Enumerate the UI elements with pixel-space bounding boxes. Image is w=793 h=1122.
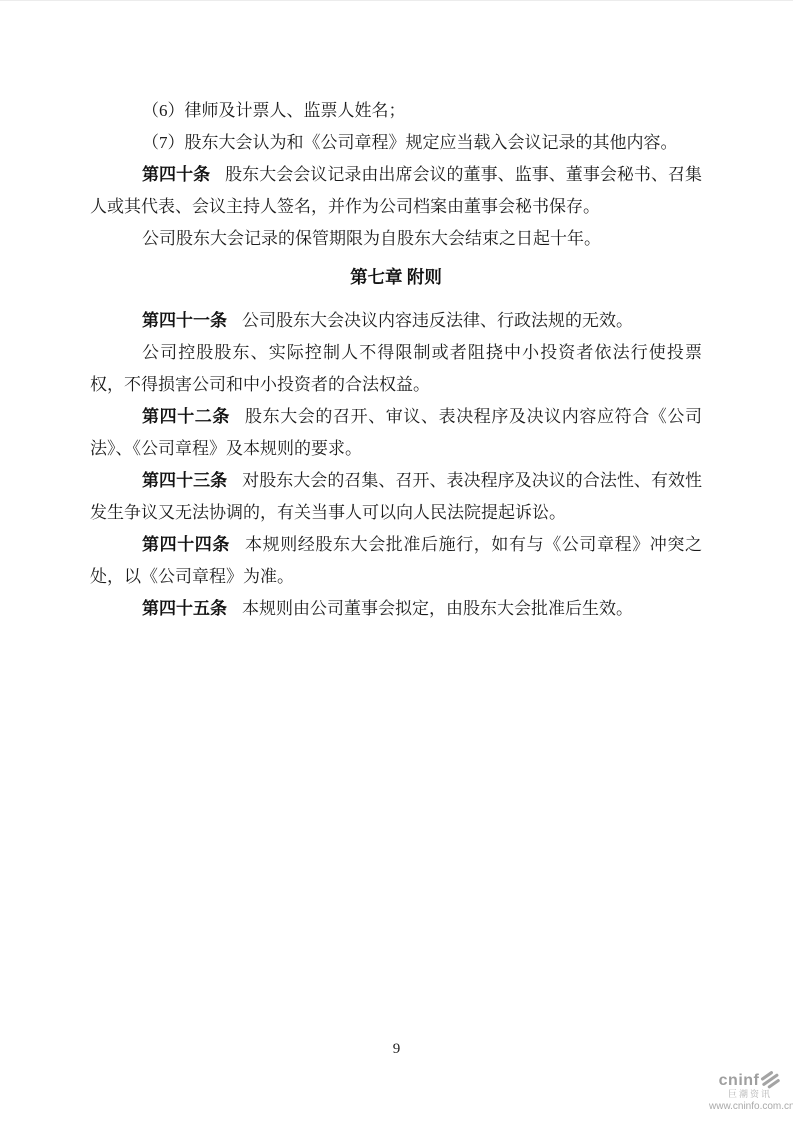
article-number-label: 第四十条 [142,165,210,184]
paragraph: 第四十三条对股东大会的召集、召开、表决程序及决议的合法性、有效性发生争议又无法协… [90,465,702,529]
article-number-label: 第四十二条 [142,407,230,426]
paragraph: 第四十一条公司股东大会决议内容违反法律、行政法规的无效。 [90,305,702,337]
paragraph: 第四十五条本规则由公司董事会拟定，由股东大会批准后生效。 [90,593,702,625]
page-number: 9 [0,1039,793,1059]
paragraph: （7）股东大会认为和《公司章程》规定应当载入会议记录的其他内容。 [90,127,702,159]
paragraph: 公司控股股东、实际控制人不得限制或者阻挠中小投资者依法行使投票权，不得损害公司和… [90,337,702,401]
article-number-label: 第四十四条 [142,535,230,554]
paragraph-text: 公司股东大会记录的保管期限为自股东大会结束之日起十年。 [142,229,601,248]
document-page: （6）律师及计票人、监票人姓名； （7）股东大会认为和《公司章程》规定应当载入会… [0,0,793,1122]
paragraph-text: 公司股东大会决议内容违反法律、行政法规的无效。 [242,311,633,330]
cninfo-watermark: cninf 巨潮资讯 www.cninfo.com.cn [709,1067,791,1112]
article-number-label: 第四十三条 [142,471,227,490]
chapter-heading: 第七章 附则 [90,261,702,293]
article-number-label: 第四十一条 [142,311,227,330]
cninfo-logo-row: cninf [709,1067,791,1089]
paragraph: 第四十条股东大会会议记录由出席会议的董事、监事、董事会秘书、召集人或其代表、会议… [90,159,702,223]
paragraph-text: （6）律师及计票人、监票人姓名； [142,101,406,120]
document-content: （6）律师及计票人、监票人姓名； （7）股东大会认为和《公司章程》规定应当载入会… [90,95,702,625]
paragraph: 公司股东大会记录的保管期限为自股东大会结束之日起十年。 [90,223,702,255]
cninfo-logo-text: cninf [719,1073,760,1089]
cninfo-url: www.cninfo.com.cn [709,1102,791,1112]
paragraph-text: 公司控股股东、实际控制人不得限制或者阻挠中小投资者依法行使投票权，不得损害公司和… [90,343,702,394]
paragraph-text: 本规则由公司董事会拟定，由股东大会批准后生效。 [242,599,633,618]
paragraph: 第四十四条本规则经股东大会批准后施行，如有与《公司章程》冲突之处，以《公司章程》… [90,529,702,593]
paragraph: （6）律师及计票人、监票人姓名； [90,95,702,127]
paragraph-text: （7）股东大会认为和《公司章程》规定应当载入会议记录的其他内容。 [142,133,678,152]
cninfo-chinese-name: 巨潮资讯 [709,1090,791,1099]
paragraph: 第四十二条股东大会的召开、审议、表决程序及决议内容应符合《公司法》、《公司章程》… [90,401,702,465]
article-number-label: 第四十五条 [142,599,227,618]
cninfo-swirl-icon [760,1070,781,1089]
